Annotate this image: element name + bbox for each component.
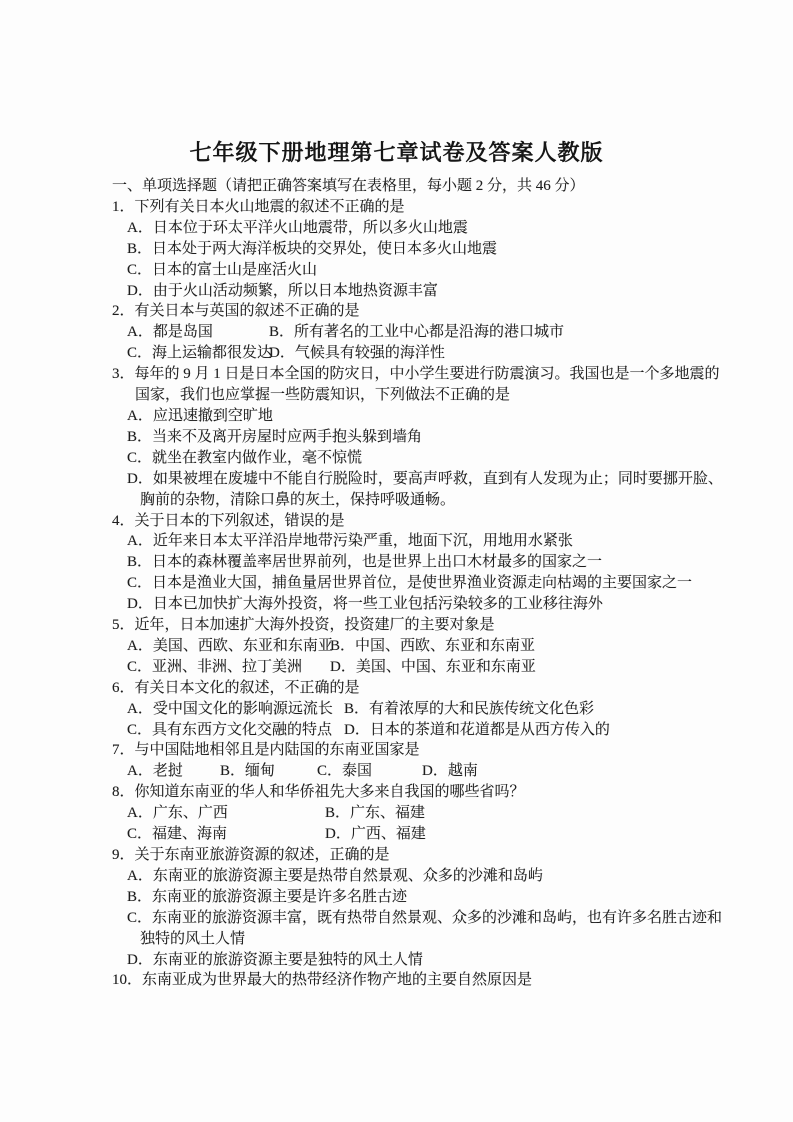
option-cell: C．具有东西方文化交融的特点 (127, 720, 344, 741)
question-stem: 每年的 9 月 1 日是日本全国的防灾日，中小学生要进行防震演习。我国也是一个多… (135, 366, 720, 403)
option-cell: B．有着浓厚的大和民族传统文化色彩 (344, 699, 594, 720)
option-line: A．东南亚的旅游资源主要是热带自然景观、众多的沙滩和岛屿 (127, 866, 772, 887)
document-title: 七年级下册地理第七章试卷及答案人教版 (0, 136, 793, 167)
question-number: 10． (112, 972, 142, 988)
option-cell: C．福建、海南 (127, 824, 325, 845)
option-cell: D．气候具有较强的海洋性 (269, 343, 445, 364)
question-stem-line: 7．与中国陆地相邻且是内陆国的东南亚国家是 (112, 740, 772, 761)
option-line: D．日本已加快扩大海外投资，将一些工业包括污染较多的工业移往海外 (127, 594, 772, 615)
option-row: A．老挝B．缅甸C．泰国D．越南 (127, 761, 772, 782)
option-cell: A．受中国文化的影响源远流长 (127, 699, 344, 720)
option-cell: D．美国、中国、东亚和东南亚 (330, 657, 536, 678)
option-cell: B．广东、福建 (325, 803, 425, 824)
option-line: B．东南亚的旅游资源主要是许多名胜古迹 (127, 887, 772, 908)
option-cell: D．越南 (422, 761, 478, 782)
option-cell: D．广西、福建 (325, 824, 426, 845)
option-line: C．日本的富士山是座活火山 (127, 260, 772, 281)
question-5: 5．近年，日本加速扩大海外投资，投资建厂的主要对象是A．美国、西欧、东亚和东南亚… (112, 615, 772, 678)
option-row: C．亚洲、非洲、拉丁美洲D．美国、中国、东亚和东南亚 (127, 657, 772, 678)
option-line: A．日本位于环太平洋火山地震带，所以多火山地震 (127, 218, 772, 239)
question-2: 2．有关日本与英国的叙述不正确的是A．都是岛国B．所有著名的工业中心都是沿海的港… (112, 301, 772, 364)
question-number: 5． (112, 617, 135, 633)
option-line: C．就坐在教室内做作业，毫不惊慌 (127, 448, 772, 469)
question-4: 4．关于日本的下列叙述，错误的是A．近年来日本太平洋沿岸地带污染严重，地面下沉，… (112, 511, 772, 616)
option-line: A．应迅速撤到空旷地 (127, 406, 772, 427)
option-row: C．海上运输都很发达D．气候具有较强的海洋性 (127, 343, 772, 364)
option-cell: C．亚洲、非洲、拉丁美洲 (127, 657, 330, 678)
option-row: A．受中国文化的影响源远流长B．有着浓厚的大和民族传统文化色彩 (127, 699, 772, 720)
question-number: 8． (112, 784, 135, 800)
option-line: D．东南亚的旅游资源主要是独特的风土人情 (127, 950, 772, 971)
question-stem: 有关日本文化的叙述，不正确的是 (135, 680, 360, 696)
option-row: A．美国、西欧、东亚和东南亚B．中国、西欧、东亚和东南亚 (127, 636, 772, 657)
option-cell: A．都是岛国 (127, 322, 269, 343)
option-cell: D．日本的茶道和花道都是从西方传入的 (344, 720, 610, 741)
option-cell: A．广东、广西 (127, 803, 325, 824)
question-number: 2． (112, 303, 135, 319)
question-stem-line: 1．下列有关日本火山地震的叙述不正确的是 (112, 197, 772, 218)
question-stem-line: 4．关于日本的下列叙述，错误的是 (112, 511, 772, 532)
option-line: D．由于火山活动频繁，所以日本地热资源丰富 (127, 281, 772, 302)
option-line: C．日本是渔业大国，捕鱼量居世界首位，是使世界渔业资源走向枯竭的主要国家之一 (127, 573, 772, 594)
question-stem: 与中国陆地相邻且是内陆国的东南亚国家是 (135, 742, 420, 758)
option-cell: B．缅甸 (220, 761, 317, 782)
option-line: D．如果被埋在废墟中不能自行脱险时，要高声呼救，直到有人发现为止；同时要挪开脸、… (127, 469, 772, 511)
question-7: 7．与中国陆地相邻且是内陆国的东南亚国家是A．老挝B．缅甸C．泰国D．越南 (112, 740, 772, 782)
option-line: B．日本的森林覆盖率居世界前列，也是世界上出口木材最多的国家之一 (127, 552, 772, 573)
question-number: 6． (112, 680, 135, 696)
option-cell: A．老挝 (127, 761, 220, 782)
question-stem: 有关日本与英国的叙述不正确的是 (135, 303, 360, 319)
question-number: 9． (112, 847, 135, 863)
option-line: B．当来不及离开房屋时应两手抱头躲到墙角 (127, 427, 772, 448)
option-row: A．广东、广西B．广东、福建 (127, 803, 772, 824)
document-page: 七年级下册地理第七章试卷及答案人教版 一、单项选择题（请把正确答案填写在表格里，… (0, 0, 793, 1122)
option-cell: B．所有著名的工业中心都是沿海的港口城市 (269, 322, 564, 343)
option-cell: C．泰国 (317, 761, 422, 782)
question-stem-line: 3．每年的 9 月 1 日是日本全国的防灾日，中小学生要进行防震演习。我国也是一… (112, 364, 772, 406)
option-row: C．具有东西方文化交融的特点D．日本的茶道和花道都是从西方传入的 (127, 720, 772, 741)
question-stem: 关于东南亚旅游资源的叙述，正确的是 (135, 847, 390, 863)
question-stem-line: 9．关于东南亚旅游资源的叙述，正确的是 (112, 845, 772, 866)
question-stem: 你知道东南亚的华人和华侨祖先大多来自我国的哪些省吗？ (135, 784, 525, 800)
option-cell: A．美国、西欧、东亚和东南亚 (127, 636, 330, 657)
question-stem-line: 8．你知道东南亚的华人和华侨祖先大多来自我国的哪些省吗？ (112, 782, 772, 803)
question-stem: 东南亚成为世界最大的热带经济作物产地的主要自然原因是 (142, 972, 532, 988)
option-cell: C．海上运输都很发达 (127, 343, 269, 364)
question-stem: 下列有关日本火山地震的叙述不正确的是 (135, 199, 405, 215)
option-row: A．都是岛国B．所有著名的工业中心都是沿海的港口城市 (127, 322, 772, 343)
question-stem-line: 10．东南亚成为世界最大的热带经济作物产地的主要自然原因是 (112, 970, 772, 991)
question-stem-line: 6．有关日本文化的叙述，不正确的是 (112, 678, 772, 699)
question-1: 1．下列有关日本火山地震的叙述不正确的是A．日本位于环太平洋火山地震带，所以多火… (112, 197, 772, 302)
document-content: 一、单项选择题（请把正确答案填写在表格里，每小题 2 分，共 46 分） 1．下… (112, 176, 772, 991)
question-10: 10．东南亚成为世界最大的热带经济作物产地的主要自然原因是 (112, 970, 772, 991)
question-stem-line: 5．近年，日本加速扩大海外投资，投资建厂的主要对象是 (112, 615, 772, 636)
option-line: B．日本处于两大海洋板块的交界处，使日本多火山地震 (127, 239, 772, 260)
question-number: 1． (112, 199, 135, 215)
option-line: C．东南亚的旅游资源丰富，既有热带自然景观、众多的沙滩和岛屿，也有许多名胜古迹和… (127, 908, 772, 950)
section-heading: 一、单项选择题（请把正确答案填写在表格里，每小题 2 分，共 46 分） (112, 176, 772, 197)
question-8: 8．你知道东南亚的华人和华侨祖先大多来自我国的哪些省吗？A．广东、广西B．广东、… (112, 782, 772, 845)
questions-container: 1．下列有关日本火山地震的叙述不正确的是A．日本位于环太平洋火山地震带，所以多火… (112, 197, 772, 991)
option-line: A．近年来日本太平洋沿岸地带污染严重，地面下沉，用地用水紧张 (127, 531, 772, 552)
question-6: 6．有关日本文化的叙述，不正确的是A．受中国文化的影响源远流长B．有着浓厚的大和… (112, 678, 772, 741)
question-9: 9．关于东南亚旅游资源的叙述，正确的是A．东南亚的旅游资源主要是热带自然景观、众… (112, 845, 772, 970)
question-stem: 关于日本的下列叙述，错误的是 (135, 513, 345, 529)
option-cell: B．中国、西欧、东亚和东南亚 (330, 636, 535, 657)
question-stem-line: 2．有关日本与英国的叙述不正确的是 (112, 301, 772, 322)
question-number: 3． (112, 366, 135, 382)
option-row: C．福建、海南D．广西、福建 (127, 824, 772, 845)
question-stem: 近年，日本加速扩大海外投资，投资建厂的主要对象是 (135, 617, 495, 633)
question-3: 3．每年的 9 月 1 日是日本全国的防灾日，中小学生要进行防震演习。我国也是一… (112, 364, 772, 510)
question-number: 4． (112, 513, 135, 529)
question-number: 7． (112, 742, 135, 758)
